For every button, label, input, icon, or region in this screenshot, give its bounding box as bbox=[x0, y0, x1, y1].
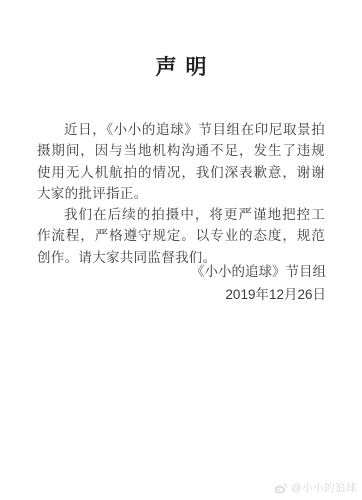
watermark: @小小的追球 bbox=[274, 480, 357, 495]
statement-title: 声明 bbox=[0, 0, 362, 78]
statement-paragraph-2: 我们在后续的拍摄中，将更严谨地把控工作流程，严格遵守规定。以专业的态度，规范创作… bbox=[37, 204, 325, 268]
signature-block: 《小小的追球》节目组 2019年12月26日 bbox=[191, 261, 326, 306]
statement-date: 2019年12月26日 bbox=[191, 284, 326, 307]
statement-body: 近日，《小小的追球》节目组在印尼取景拍摄期间，因与当地机构沟通不足，发生了违规使… bbox=[0, 119, 362, 268]
watermark-text: @小小的追球 bbox=[291, 480, 357, 495]
statement-document: 声明 近日，《小小的追球》节目组在印尼取景拍摄期间，因与当地机构沟通不足，发生了… bbox=[0, 0, 362, 500]
weibo-icon bbox=[274, 482, 288, 494]
statement-paragraph-1: 近日，《小小的追球》节目组在印尼取景拍摄期间，因与当地机构沟通不足，发生了违规使… bbox=[37, 119, 325, 204]
signature: 《小小的追球》节目组 bbox=[191, 261, 326, 284]
